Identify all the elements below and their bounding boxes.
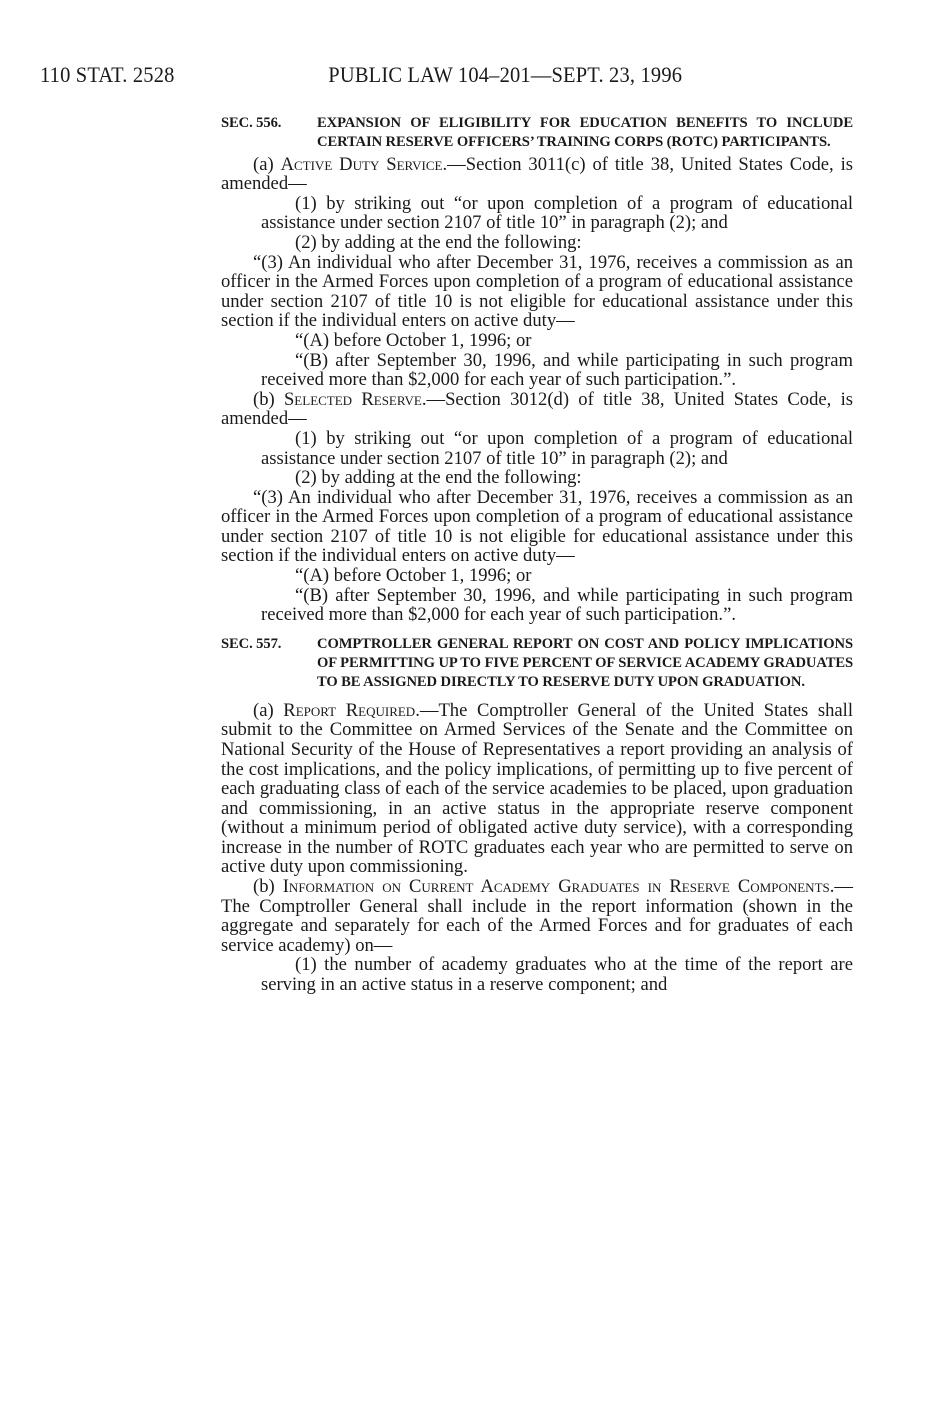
- paragraph-557-b-1: (1) the number of academy graduates who …: [221, 955, 853, 994]
- quoted-subparagraph-556-a-A: “(A) before October 1, 1996; or: [221, 331, 853, 351]
- section-number: SEC. 556.: [221, 114, 317, 133]
- subsection-label: (b): [253, 876, 283, 897]
- spacer: [221, 625, 853, 635]
- running-head: 110 STAT. 2528 PUBLIC LAW 104–201—SEPT. …: [40, 62, 840, 92]
- subsection-heading: Active Duty Service.: [281, 154, 448, 175]
- subsection-heading: Selected Reserve.: [284, 389, 427, 410]
- paragraph-556-b-1: (1) by striking out “or upon completion …: [221, 429, 853, 468]
- section-557-heading: SEC. 557.COMPTROLLER GENERAL REPORT ON C…: [221, 635, 853, 693]
- subsection-556-b: (b) Selected Reserve.—Section 3012(d) of…: [221, 390, 853, 429]
- section-title: COMPTROLLER GENERAL REPORT ON COST AND P…: [317, 636, 853, 691]
- quoted-subparagraph-556-b-A: “(A) before October 1, 1996; or: [221, 566, 853, 586]
- statute-page-number: 110 STAT. 2528: [40, 62, 175, 88]
- subsection-556-a: (a) Active Duty Service.—Section 3011(c)…: [221, 155, 853, 194]
- paragraph-556-a-1: (1) by striking out “or upon completion …: [221, 194, 853, 233]
- subsection-text: —The Comptroller General of the United S…: [221, 700, 853, 878]
- paragraph-556-a-2: (2) by adding at the end the following:: [221, 233, 853, 253]
- quoted-subparagraph-556-b-B: “(B) after September 30, 1996, and while…: [221, 586, 853, 625]
- section-556-heading: SEC. 556.EXPANSION OF ELIGIBILITY FOR ED…: [221, 114, 853, 153]
- public-law-citation: PUBLIC LAW 104–201—SEPT. 23, 1996: [328, 62, 682, 88]
- subsection-557-b: (b) Information on Current Academy Gradu…: [221, 877, 853, 955]
- subsection-557-a: (a) Report Required.—The Comptroller Gen…: [221, 701, 853, 877]
- subsection-label: (b): [253, 389, 284, 410]
- paragraph-556-b-2: (2) by adding at the end the following:: [221, 468, 853, 488]
- quoted-paragraph-556-b-3: “(3) An individual who after December 31…: [221, 488, 853, 566]
- quoted-paragraph-556-a-3: “(3) An individual who after December 31…: [221, 253, 853, 331]
- quoted-subparagraph-556-a-B: “(B) after September 30, 1996, and while…: [221, 351, 853, 390]
- section-title: EXPANSION OF ELIGIBILITY FOR EDUCATION B…: [317, 115, 853, 150]
- subsection-label: (a): [253, 700, 283, 721]
- subsection-heading: Information on Current Academy Graduates…: [283, 876, 835, 897]
- section-number: SEC. 557.: [221, 635, 317, 654]
- subsection-heading: Report Required.: [283, 700, 420, 721]
- subsection-label: (a): [253, 154, 281, 175]
- page-body: SEC. 556.EXPANSION OF ELIGIBILITY FOR ED…: [221, 114, 853, 995]
